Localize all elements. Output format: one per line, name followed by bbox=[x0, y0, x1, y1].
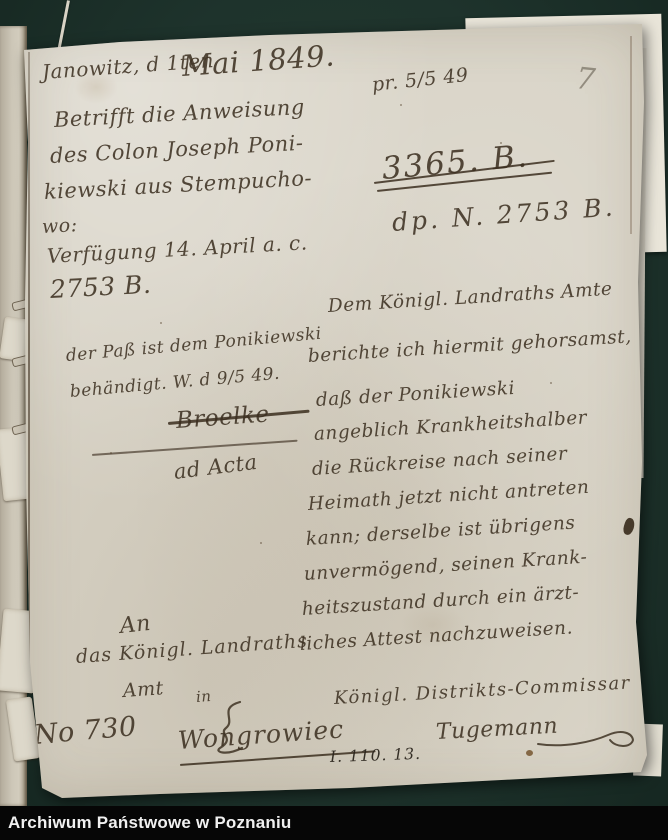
subject-line: wo: bbox=[42, 216, 79, 237]
report-line: Heimath jetzt nicht antreten bbox=[307, 479, 589, 515]
paper-speck bbox=[500, 142, 502, 144]
ink-blot bbox=[622, 517, 637, 536]
subject-line: 2753 B. bbox=[49, 272, 152, 302]
report-line: die Rückreise nach seiner bbox=[311, 445, 567, 479]
subject-line: des Colon Joseph Poni- bbox=[49, 133, 304, 167]
paper-speck bbox=[550, 382, 552, 384]
reference-code: I. 110. 13. bbox=[330, 747, 422, 766]
address-line: An bbox=[119, 613, 152, 638]
subject-line: kiewski aus Stempucho- bbox=[43, 168, 312, 203]
dateline-date: Mai 1849. bbox=[181, 41, 336, 81]
report-line: angeblich Krankheitshalber bbox=[313, 409, 587, 444]
report-line: unvermögend, seinen Krank- bbox=[303, 549, 587, 585]
archive-watermark-bar: Archiwum Państwowe w Poznaniu bbox=[0, 806, 668, 840]
subject-line: Verfügung 14. April a. c. bbox=[46, 232, 308, 266]
presentation-note: pr. 5/5 49 bbox=[371, 66, 469, 95]
signature-title: Königl. Distrikts-Commissar bbox=[334, 674, 632, 708]
delivery-note-line: behändigt. W. d 9/5 49. bbox=[69, 366, 280, 401]
flourish-line bbox=[92, 440, 298, 456]
manuscript-page-wrap: Janowitz, d 1ten Mai 1849. pr. 5/5 49 7 … bbox=[0, 0, 668, 840]
journal-number: dp. N. 2753 B. bbox=[391, 194, 616, 235]
delivery-note-line: der Paß ist dem Ponikiewski bbox=[65, 326, 322, 365]
ink-stain bbox=[526, 750, 533, 756]
outgoing-number: No 730 bbox=[33, 713, 138, 749]
foxing-stain bbox=[400, 602, 466, 648]
address-line: das Königl. Landraths bbox=[75, 632, 308, 667]
archive-scan-viewer: Janowitz, d 1ten Mai 1849. pr. 5/5 49 7 … bbox=[0, 0, 668, 840]
report-line: berichte ich hiermit gehorsamst, bbox=[307, 328, 632, 366]
paper-speck bbox=[260, 542, 262, 544]
paper-speck bbox=[110, 452, 112, 454]
filing-note: ad Acta bbox=[173, 452, 259, 483]
address-place: Wongrowiec bbox=[177, 716, 345, 753]
report-line: kann; derselbe ist übrigens bbox=[305, 515, 575, 550]
binding-seam-line bbox=[28, 52, 30, 788]
archive-watermark-label: Archiwum Państwowe w Poznaniu bbox=[0, 813, 292, 833]
signature-flourish-icon bbox=[536, 720, 636, 754]
report-line: daß der Ponikiewski bbox=[315, 380, 515, 411]
paper-speck bbox=[160, 322, 162, 324]
address-line: Amt bbox=[122, 679, 164, 701]
paper-speck bbox=[400, 104, 402, 106]
manuscript-page: Janowitz, d 1ten Mai 1849. pr. 5/5 49 7 … bbox=[20, 22, 648, 800]
foxing-stain bbox=[74, 70, 118, 104]
folio-number-pencil: 7 bbox=[574, 64, 597, 96]
fold-crease bbox=[630, 36, 632, 234]
report-line: Dem Königl. Landraths Amte bbox=[327, 281, 613, 317]
